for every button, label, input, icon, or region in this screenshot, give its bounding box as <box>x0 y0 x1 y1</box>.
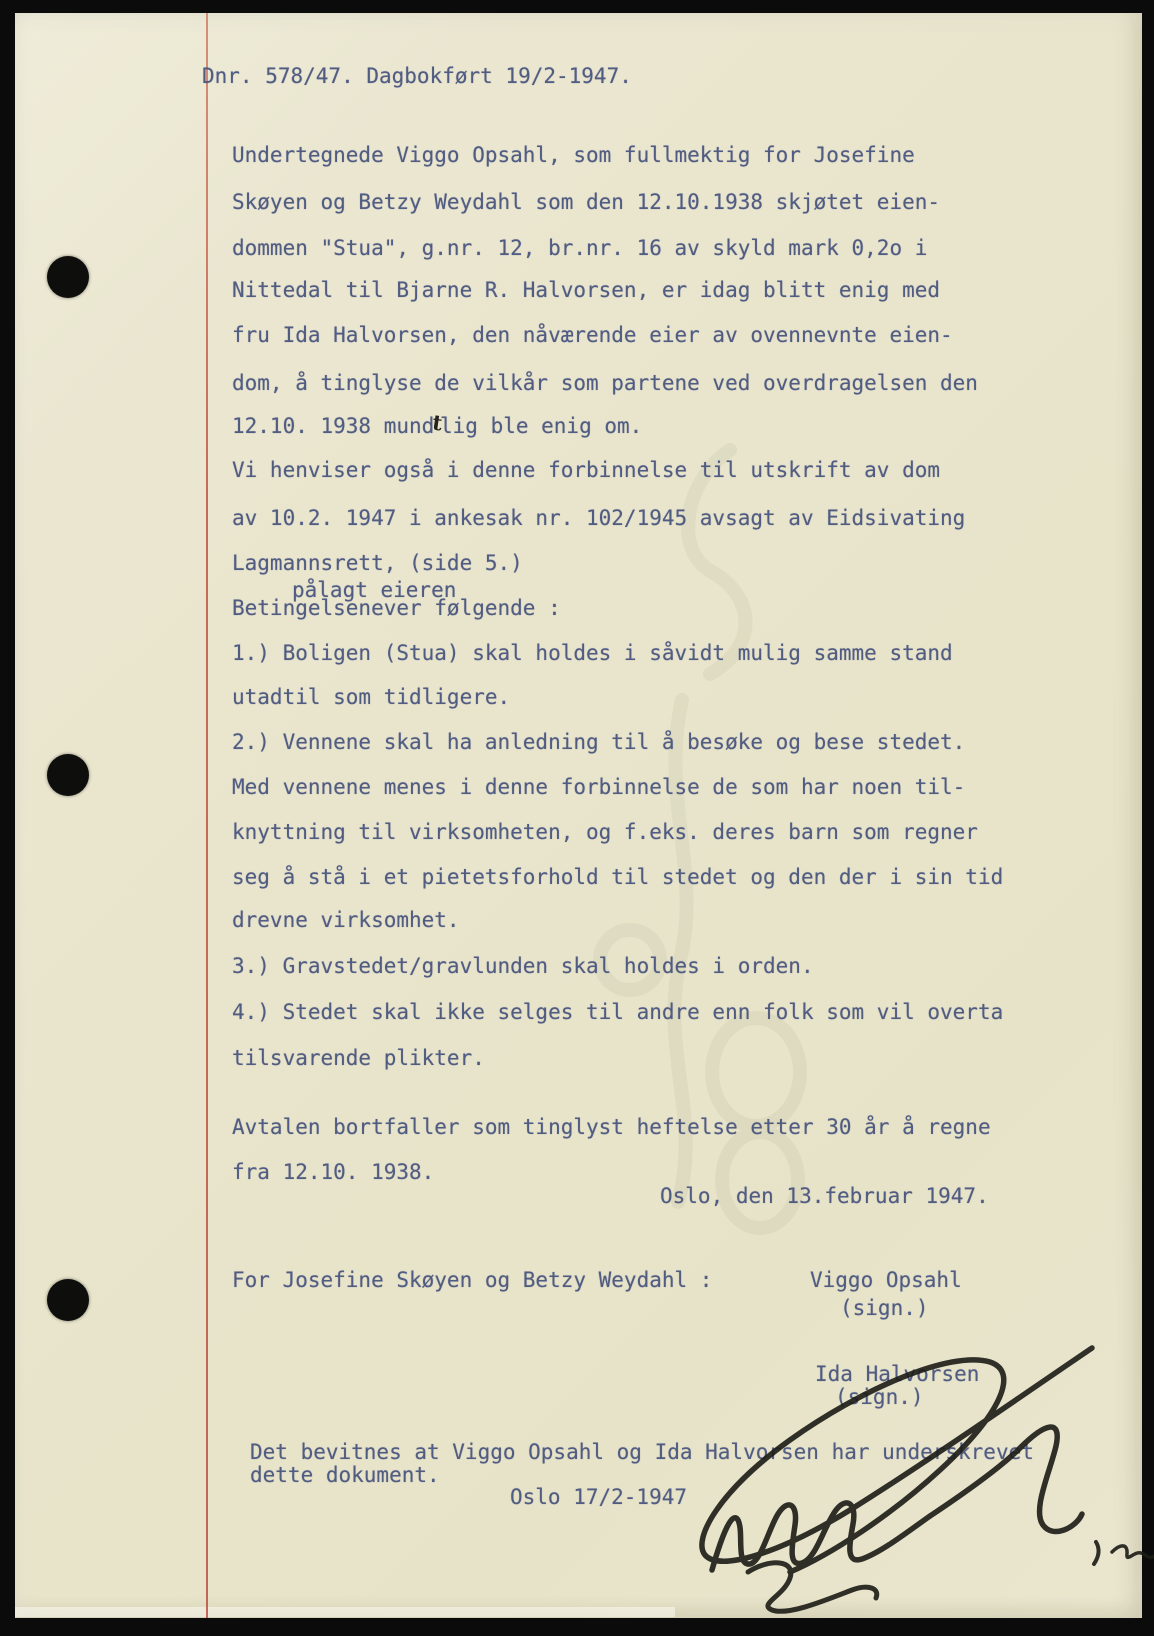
show-through-watermark <box>560 400 840 1300</box>
typed-line: 2.) Vennene skal ha anledning til å besø… <box>232 729 965 755</box>
correction-pre: 12.10. 1938 mund <box>232 414 434 438</box>
correction-post: lig ble enig om. <box>440 414 642 438</box>
punch-hole-middle <box>47 754 89 796</box>
typed-line: fra 12.10. 1938. <box>232 1159 434 1185</box>
typed-line-with-correction: 12.10. 1938 mundtlig ble enig om. <box>232 413 642 439</box>
typed-line: drevne virksomhet. <box>232 907 460 933</box>
doc-header: Dnr. 578/47. Dagbokført 19/2-1947. <box>202 63 632 89</box>
signatory-name-1: Viggo Opsahl <box>810 1267 962 1293</box>
typed-line: knyttning til virksomheten, og f.eks. de… <box>232 819 978 845</box>
punch-hole-top <box>47 256 89 298</box>
typed-line: fru Ida Halvorsen, den nåværende eier av… <box>232 322 953 348</box>
typed-line: Lagmannsrett, (side 5.) <box>232 550 523 576</box>
typed-line: Betingelsenever følgende : <box>232 595 561 621</box>
sign-label-1: (sign.) <box>840 1295 929 1321</box>
scanned-document-photo: Dnr. 578/47. Dagbokført 19/2-1947. Under… <box>0 0 1154 1636</box>
typed-line: Med vennene menes i denne forbinnelse de… <box>232 774 965 800</box>
typed-line: 4.) Stedet skal ikke selges til andre en… <box>232 999 1003 1025</box>
attestation-line-2: dette dokument. <box>250 1462 440 1488</box>
typed-line: 1.) Boligen (Stua) skal holdes i såvidt … <box>232 640 953 666</box>
handwritten-signature <box>600 1320 1154 1620</box>
typed-line: tilsvarende plikter. <box>232 1045 485 1071</box>
typed-line: dommen "Stua", g.nr. 12, br.nr. 16 av sk… <box>232 235 927 261</box>
punch-hole-bottom <box>47 1279 89 1321</box>
typed-line: dom, å tinglyse de vilkår som partene ve… <box>232 370 978 396</box>
for-parties-line: For Josefine Skøyen og Betzy Weydahl : <box>232 1267 712 1293</box>
typed-line: utadtil som tidligere. <box>232 684 510 710</box>
paper-bottom-edge <box>15 1607 675 1617</box>
typed-line: av 10.2. 1947 i ankesak nr. 102/1945 avs… <box>232 505 965 531</box>
typed-line: Nittedal til Bjarne R. Halvorsen, er ida… <box>232 277 940 303</box>
red-margin-line <box>206 13 208 1618</box>
date-line: Oslo, den 13.februar 1947. <box>660 1183 989 1209</box>
typed-line: Avtalen bortfaller som tinglyst heftelse… <box>232 1114 991 1140</box>
typed-line: seg å stå i et pietetsforhold til stedet… <box>232 864 1003 890</box>
typed-line: Vi henviser også i denne forbinnelse til… <box>232 457 940 483</box>
typed-line: Undertegnede Viggo Opsahl, som fullmekti… <box>232 142 915 168</box>
typed-line: 3.) Gravstedet/gravlunden skal holdes i … <box>232 953 814 979</box>
typed-line: Skøyen og Betzy Weydahl som den 12.10.19… <box>232 189 940 215</box>
